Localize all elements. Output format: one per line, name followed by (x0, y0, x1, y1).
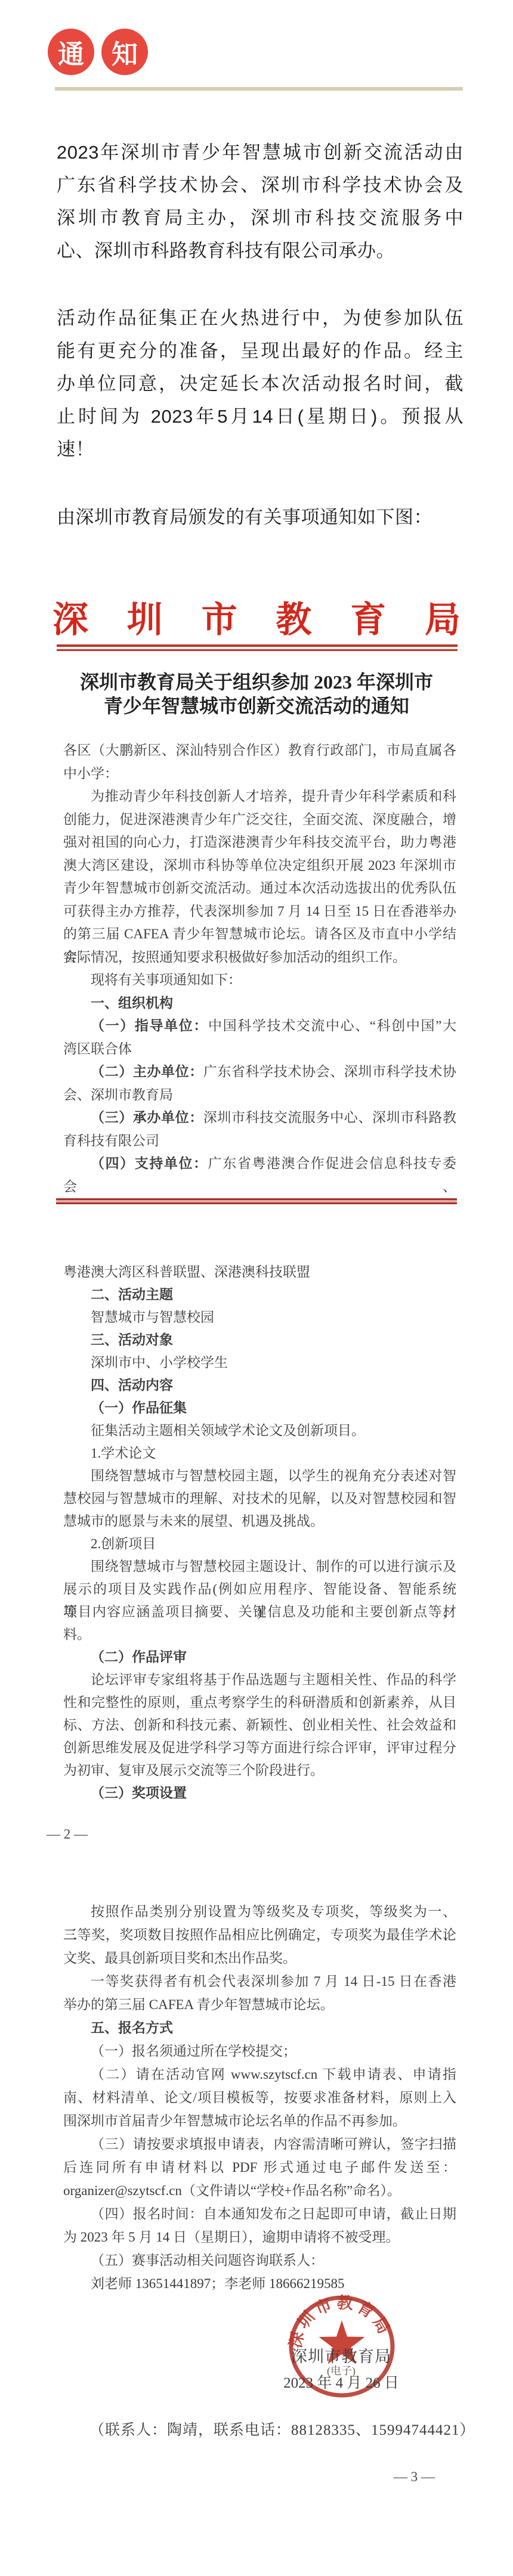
doc-line: 南、材料清单、论文/项目模板等，按要求准备材料，原则上入 (63, 2086, 456, 2109)
document-title: 深圳市教育局关于组织参加 2023 年深圳市 青少年智慧城市创新交流活动的通知 (0, 670, 513, 718)
doc-line: 智慧城市与智慧校园 (63, 1306, 456, 1329)
notice-badge-icon: 知 (101, 29, 148, 75)
doc-line-bold-prefix: （二）主办单位： (91, 1064, 203, 1079)
doc-line: 慧城市的愿景与未来的展望、机遇及挑战。 (63, 1510, 456, 1533)
page-divider-rule (56, 1198, 457, 1204)
intro-paragraph: 2023年深圳市青少年智慧城市创新交流活动由广东省科学技术协会、深圳市科学技术协… (57, 136, 463, 267)
doc-line: 各区（大鹏新区、深汕特别合作区）教育行政部门，市局直属各 (63, 739, 456, 762)
letterhead-char: 局 (425, 591, 461, 643)
doc-line-bold-prefix: （四）支持单位： (91, 1156, 208, 1171)
doc-line: 会、深圳市教育局 (63, 1084, 456, 1107)
intro-line: 止时间为 2023年5月14日(星期日)。预报从 (57, 400, 463, 433)
doc-line: 为初审、复审及展示交流等三个阶段进行。 (63, 1759, 456, 1782)
intro-line: 能有更充分的准备，呈现出最好的作品。经主 (57, 334, 463, 367)
top-divider (55, 87, 463, 91)
doc-line: 性和完整性的原则，重点考察学生的科研潜质和创新素养，从目 (63, 1691, 456, 1714)
intro-line: 办单位同意，决定延长本次活动报名时间，截 (57, 367, 463, 400)
contact-line: （联系人：陶靖，联系电话：88128335、15994744421） (89, 2420, 475, 2441)
doc-line: 慧校园与智慧城市的理解、对技术的见解，以及对智慧校园和智 (63, 1487, 456, 1510)
letterhead-char: 市 (202, 591, 237, 643)
doc-line: 三、活动对象 (63, 1329, 456, 1351)
doc-line: 创能力，促进深港澳青少年广泛交往，全面交流、深度融合，增 (63, 808, 456, 832)
intro-paragraph: 活动作品征集正在火热进行中，为使参加队伍能有更充分的准备，呈现出最好的作品。经主… (57, 302, 463, 466)
doc-line: 强对祖国的向心力，打造深港澳青少年科技交流平台，助力粤港 (63, 831, 456, 854)
doc-line: 一、组织机构 (63, 992, 456, 1015)
letterhead-title: 深圳市教育局 (52, 597, 461, 637)
doc-line: 为推动青少年科技创新人才培养，提升青少年科学素质和科 (63, 785, 456, 808)
doc-line: （五）赛事活动相关问题咨询联系人： (63, 2249, 456, 2272)
doc-line-bold-prefix: （一）指导单位： (91, 1018, 208, 1033)
doc-line: 一等奖获得者有机会代表深圳参加 7 月 14 日-15 日在香港 (63, 1970, 456, 1993)
letterhead-char: 圳 (127, 591, 163, 643)
doc-line: （一）报名须通过所在学校提交； (63, 2039, 456, 2063)
doc-line: 青少年智慧城市创新交流活动。通过本次活动选拔出的优秀队伍 (63, 877, 456, 900)
doc-line: 按照作品类别分别设置为等级奖及专项奖，等级奖为一、二、 (63, 1900, 456, 1923)
doc-line: 中小学： (63, 762, 456, 786)
doc-line: 项目内容应涵盖项目摘要、关键信息及功能和主要创新点等材 (63, 1601, 456, 1623)
doc-line: 围绕智慧城市与智慧校园主题设计、制作的可以进行演示及 (63, 1555, 456, 1578)
doc-line: 湾区联合体 (63, 1038, 456, 1061)
letterhead-char: 育 (350, 591, 386, 643)
doc-line: （三）奖项设置 (63, 1782, 456, 1805)
intro-line: 2023年深圳市青少年智慧城市创新交流活动由 (57, 136, 463, 169)
intro-line: 活动作品征集正在火热进行中，为使参加队伍 (57, 302, 463, 334)
document-body-page3: 按照作品类别分别设置为等级奖及专项奖，等级奖为一、二、三等奖，奖项数目按照作品相… (63, 1900, 456, 2295)
document-body-page1: 各区（大鹏新区、深汕特别合作区）教育行政部门，市局直属各中小学：为推动青少年科技… (63, 739, 456, 1176)
doc-line: 举办的第三届 CAFEA 青少年智慧城市论坛。 (63, 1993, 456, 2016)
doc-line: 创新思维发展及促进学科学习等方面进行综合评审，评审过程分 (63, 1737, 456, 1759)
doc-line: 为 2023 年 5 月 14 日（星期日），逾期申请将不被受理。 (63, 2225, 456, 2249)
doc-line: 可获得主办方推荐，代表深圳参加 7 月 14 日至 15 日在香港举办 (63, 900, 456, 923)
doc-line-bold-prefix: （三）承办单位： (91, 1110, 203, 1125)
intro-line: 广东省科学技术协会、深圳市科学技术协会及 (57, 169, 463, 202)
doc-line: 实际情况，按照通知要求积极做好参加活动的组织工作。 (63, 946, 456, 969)
doc-line: （二）主办单位：广东省科学技术协会、深圳市科学技术协 (63, 1061, 456, 1084)
seal-issuer-text: 深圳市教育局 (274, 2348, 408, 2366)
doc-line: （一）作品征集 (63, 1397, 456, 1419)
letterhead-char: 教 (276, 591, 311, 643)
document-date: 2023 年 4 月 26 日 (270, 2375, 413, 2392)
page-number-3: — 3 — (394, 2466, 435, 2488)
doc-line: 后连同所有申请材料以 PDF 形式通过电子邮件发送至： (63, 2156, 456, 2179)
doc-line: （四）支持单位：广东省粤港澳合作促进会信息科技专委会、 (63, 1152, 456, 1176)
doc-line: 刘老师 13651441897；李老师 18666219585 (63, 2272, 456, 2295)
doc-line: 粤港澳大湾区科普联盟、深港澳科技联盟 (63, 1261, 456, 1284)
doc-line: 标、方法、创新和科技元素、新颖性、创业相关性、社会效益和 (63, 1714, 456, 1737)
doc-line: 澳大湾区建设，深圳市科协等单位决定组织开展 2023 年深圳市 (63, 854, 456, 878)
intro-line: 速！ (57, 433, 463, 466)
doc-line: 育科技有限公司 (63, 1130, 456, 1153)
doc-line: （二）作品评审 (63, 1646, 456, 1669)
doc-line: 展示的项目及实践作品(例如应用程序、智能设备、智能系统等)， (63, 1578, 456, 1601)
doc-line: （三）承办单位：深圳市科技交流服务中心、深圳市科路教 (63, 1106, 456, 1130)
doc-line: 料。 (63, 1623, 456, 1646)
document-title-line: 青少年智慧城市创新交流活动的通知 (0, 694, 513, 718)
page-number-2: — 2 — (47, 1823, 88, 1846)
notice-article-page: 通 知 2023年深圳市青少年智慧城市创新交流活动由广东省科学技术协会、深圳市科… (0, 0, 513, 2576)
doc-line: 围绕智慧城市与智慧校园主题，以学生的视角充分表述对智 (63, 1465, 456, 1487)
doc-line: （三）请按要求填报申请表，内容需清晰可辨认，签字扫描 (63, 2132, 456, 2156)
doc-line: 深圳市中、小学校学生 (63, 1351, 456, 1374)
letterhead-rule (57, 644, 458, 651)
doc-line: 征集活动主题相关领域学术论文及创新项目。 (63, 1419, 456, 1442)
intro-line: 心、深圳市科路教育科技有限公司承办。 (57, 234, 463, 267)
doc-line: （一）指导单位：中国科学技术交流中心、“科创中国”大 (63, 1015, 456, 1038)
doc-line: 四、活动内容 (63, 1374, 456, 1397)
intro-line: 由深圳市教育局颁发的有关事项通知如下图： (57, 501, 463, 534)
intro-line: 深圳市教育局主办，深圳市科技交流服务中 (57, 202, 463, 234)
doc-line: 五、报名方式 (63, 2016, 456, 2039)
notice-badge-icon: 通 (48, 29, 94, 75)
doc-line: 围深圳市首届青少年智慧城市论坛名单的作品不再参加。 (63, 2109, 456, 2132)
letterhead-char: 深 (52, 591, 88, 643)
doc-line: organizer@szytscf.cn（文件请以“学校+作品名称”命名）。 (63, 2179, 456, 2202)
doc-line: 文奖、最具创新项目奖和杰出作品奖。 (63, 1946, 456, 1970)
doc-line: 现将有关事项通知如下： (63, 969, 456, 992)
doc-line: 的第三届 CAFEA 青少年智慧城市论坛。请各区及市直中小学结合 (63, 923, 456, 946)
doc-line: （二）请在活动官网 www.szytscf.cn 下载申请表、申请指 (63, 2063, 456, 2086)
doc-line: 二、活动主题 (63, 1284, 456, 1306)
document-title-line: 深圳市教育局关于组织参加 2023 年深圳市 (0, 670, 513, 694)
document-body-page2: 粤港澳大湾区科普联盟、深港澳科技联盟二、活动主题智慧城市与智慧校园三、活动对象深… (63, 1261, 456, 1805)
doc-line: 2.创新项目 (63, 1533, 456, 1555)
doc-line: 论坛评审专家组将基于作品选题与主题相关性、作品的科学 (63, 1669, 456, 1691)
doc-line: （四）报名时间：自本通知发布之日起即可申请，截止日期 (63, 2202, 456, 2225)
intro-paragraph: 由深圳市教育局颁发的有关事项通知如下图： (57, 501, 463, 534)
doc-line: 三等奖，奖项数目按照作品相应比例确定，专项奖为最佳学术论 (63, 1923, 456, 1946)
doc-line: 1.学术论文 (63, 1442, 456, 1465)
